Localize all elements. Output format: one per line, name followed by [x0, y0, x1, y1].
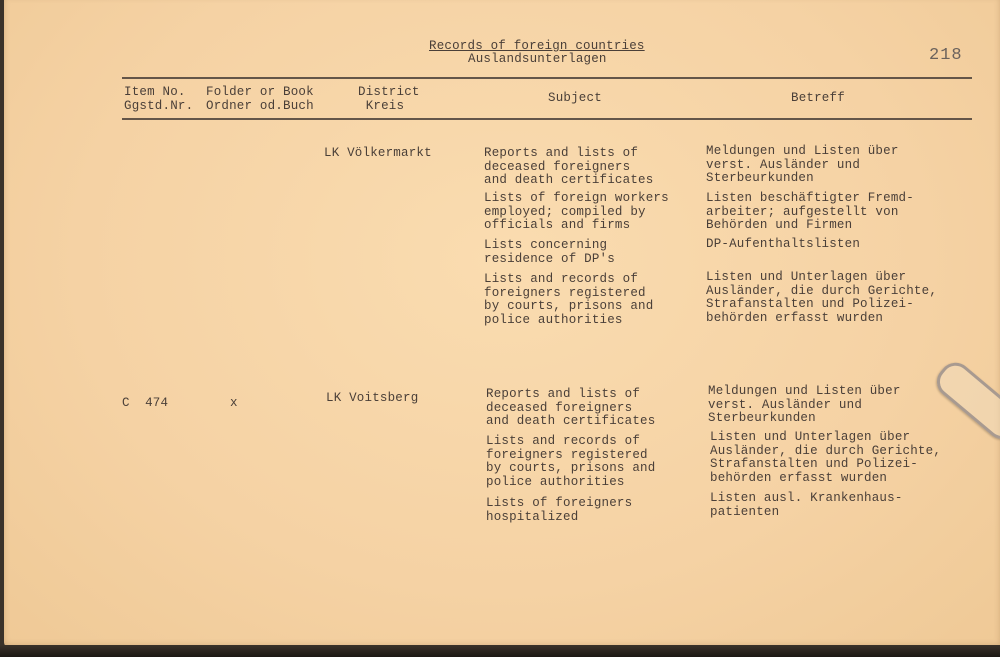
district-cell: LK Völkermarkt — [324, 147, 432, 161]
betreff-cell: Listen und Unterlagen über Ausländer, di… — [710, 431, 941, 485]
betreff-cell: Listen ausl. Krankenhaus- patienten — [710, 492, 903, 519]
betreff-cell: Meldungen und Listen über verst. Ausländ… — [706, 145, 899, 186]
subject-cell: Lists and records of foreigners register… — [486, 435, 655, 489]
column-header-item-no: Item No. Ggstd.Nr. — [124, 86, 193, 113]
book-edge-bottom — [0, 645, 1000, 657]
item-number-cell: C 474 — [122, 397, 168, 411]
column-header-subject: Subject — [548, 92, 602, 106]
betreff-cell: Listen und Unterlagen über Ausländer, di… — [706, 271, 937, 325]
column-header-betreff: Betreff — [791, 92, 845, 106]
title-german: Auslandsunterlagen — [468, 53, 607, 67]
column-header-district: District Kreis — [358, 86, 420, 113]
page-number: 218 — [929, 49, 963, 63]
betreff-cell: DP-Aufenthaltslisten — [706, 238, 860, 252]
betreff-cell: Listen beschäftigter Fremd- arbeiter; au… — [706, 192, 914, 233]
subject-cell: Lists of foreigners hospitalized — [486, 497, 632, 524]
district-cell: LK Voitsberg — [326, 392, 418, 406]
subject-cell: Lists of foreign workers employed; compi… — [484, 192, 669, 233]
column-header-folder: Folder or Book Ordner od.Buch — [206, 86, 314, 113]
header-rule-bottom — [122, 118, 972, 120]
header-rule-top — [122, 77, 972, 79]
betreff-cell: Meldungen und Listen über verst. Ausländ… — [708, 385, 901, 426]
document-page: Records of foreign countries Auslandsunt… — [4, 0, 1000, 648]
subject-cell: Reports and lists of deceased foreigners… — [486, 388, 655, 429]
subject-cell: Lists and records of foreigners register… — [484, 273, 653, 327]
folder-cell: x — [230, 397, 238, 411]
subject-cell: Reports and lists of deceased foreigners… — [484, 147, 653, 188]
subject-cell: Lists concerning residence of DP's — [484, 239, 615, 266]
